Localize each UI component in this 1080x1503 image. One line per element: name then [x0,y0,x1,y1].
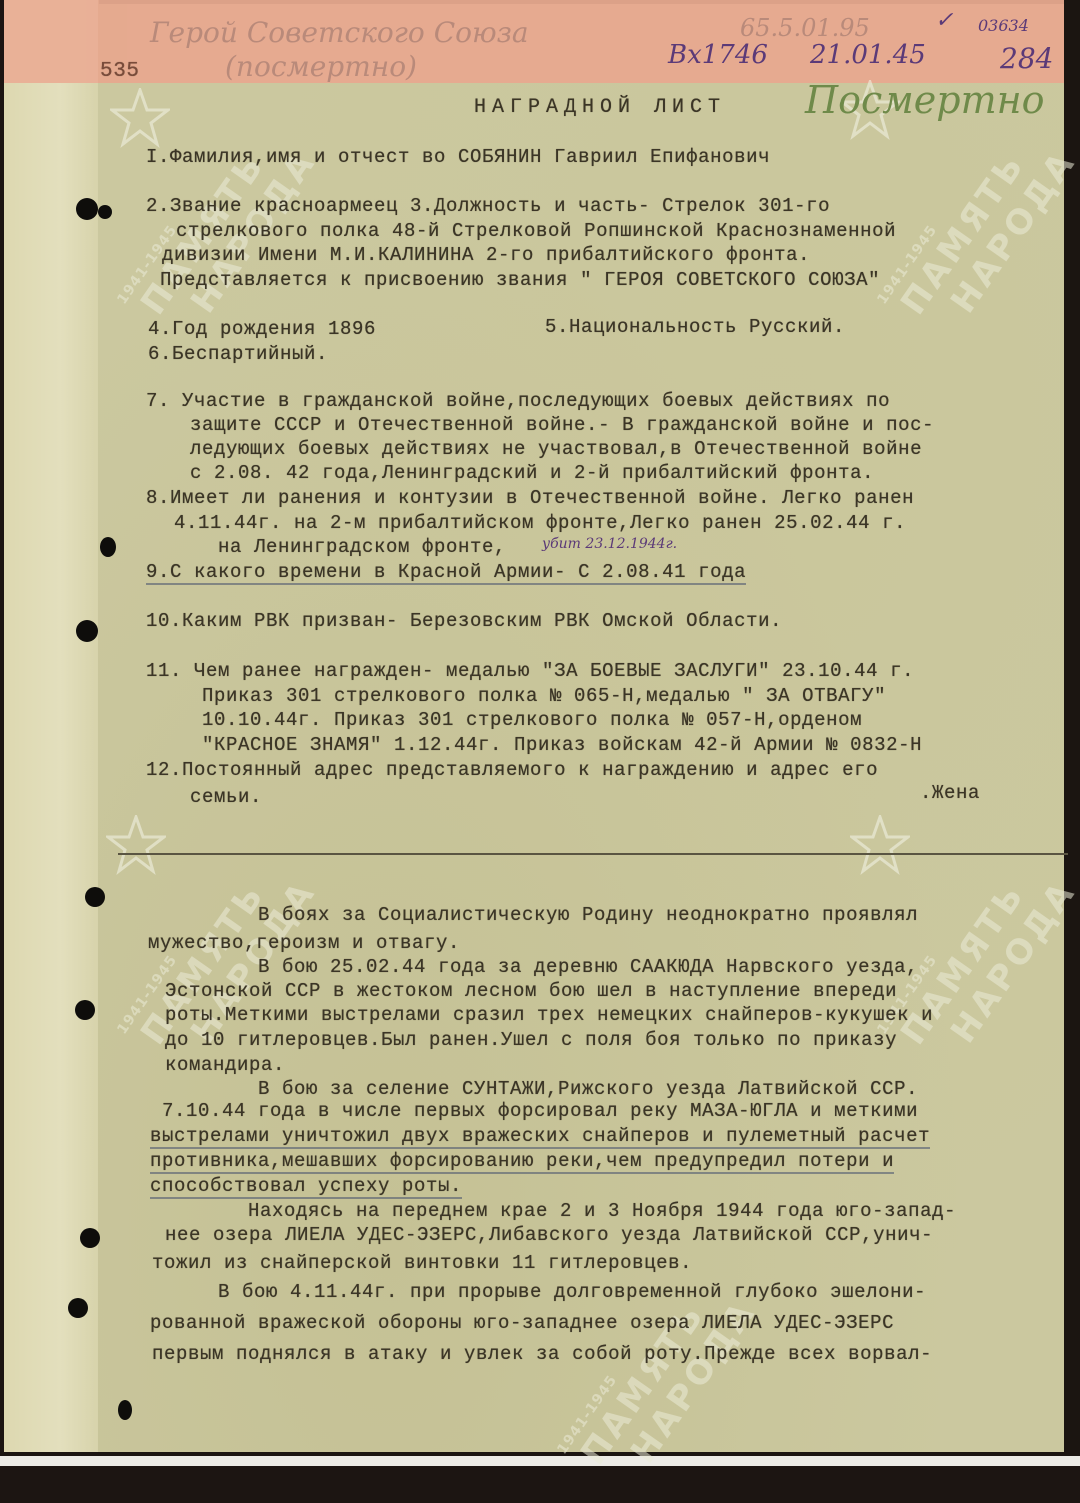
incoming-reference: Вх1746 [668,40,768,70]
field-2-rank-position: 2.Звание красноармеец 3.Должность и част… [146,195,830,217]
punch-hole [80,1228,100,1248]
field-2-rank-position: стрелкового полка 48-й Стрелковой Ропшин… [176,220,896,242]
killed-date-handwritten: убит 23.12.1944г. [542,536,677,552]
narrative-line: противника,мешавших форсированию реки,че… [150,1150,894,1174]
field-7-participation: с 2.08. 42 года,Ленинградский и 2-й приб… [190,462,874,484]
field-4-birth-year: 4.Год рождения 1896 [148,318,376,340]
punch-hole [85,887,105,907]
narrative-line: способствовал успеху роты. [150,1175,462,1199]
field-11-previous-awards: 11. Чем ранее награжден- медалью "ЗА БОЕ… [146,660,914,682]
scan-edge-bottom [0,1452,1080,1462]
pencil-note-posthumous: (посмертно) [225,50,417,83]
narrative-line: В бою 25.02.44 года за деревню СААКЮДА Н… [258,956,918,978]
section-divider [118,853,1068,855]
document-scan: 1941-1945 ПАМЯТЬ НАРОДА 1941-1945 ПАМЯТЬ… [0,0,1080,1462]
punch-hole [75,1000,95,1020]
punch-hole [118,1400,132,1420]
field-5-nationality: 5.Национальность Русский. [545,316,845,338]
punch-hole [68,1298,88,1318]
field-1-name: I.Фамилия,имя и отчест во СОБЯНИН Гаврии… [146,146,770,168]
narrative-line: тожил из снайперской винтовки 11 гитлеро… [152,1252,692,1274]
award-request: Представляется к присвоению звания " ГЕР… [160,269,880,291]
narrative-line: до 10 гитлеровцев.Был ранен.Ушел с поля … [165,1029,897,1051]
narrative-line: нее озера ЛИЕЛА УДЕС-ЭЗЕРС,Либавского уе… [165,1224,933,1246]
punch-hole [76,620,98,642]
field-11-previous-awards: 10.10.44г. Приказ 301 стрелкового полка … [202,709,862,731]
field-12-address: семьи. [190,786,262,808]
narrative-line: Эстонской ССР в жестоком лесном бою шел … [165,980,897,1002]
narrative-line: выстрелами уничтожил двух вражеских снай… [150,1125,930,1149]
field-8-wounds: на Ленинградском фронте, [218,536,506,558]
narrative-line: В бою за селение СУНТАЖИ,Рижского уезда … [258,1078,918,1100]
pencil-note-hero: Герой Советского Союза [150,16,529,49]
field-12-address: 12.Постоянный адрес представляемого к на… [146,759,878,781]
field-12-family: .Жена [920,782,980,804]
punch-hole [98,205,112,219]
narrative-line: рованной вражеской обороны юго-западнее … [150,1312,894,1334]
narrative-line: В боях за Социалистическую Родину неодно… [258,904,918,926]
narrative-line: роты.Меткими выстрелами сразил трех неме… [165,1004,933,1026]
punch-hole [76,198,98,220]
document-code: 03634 [978,16,1029,35]
field-6-party: 6.Беспартийный. [148,343,328,365]
document-title: НАГРАДНОЙ ЛИСТ [474,96,726,119]
narrative-line: В бою 4.11.44г. при прорыве долговременн… [218,1281,926,1303]
narrative-line: командира. [165,1054,285,1076]
field-10-draft-office: 10.Каким РВК призван- Березовским РВК Ом… [146,610,782,632]
posthumous-stamp: Посмертно [805,78,1045,122]
field-11-previous-awards: "КРАСНОЕ ЗНАМЯ" 1.12.44г. Приказ войскам… [202,734,922,756]
field-7-participation: ледующих боевых действиях не участвовал,… [190,438,922,460]
page-number: 284 [1000,42,1053,75]
field-2-rank-position: дивизии Имени М.И.КАЛИНИНА 2-го прибалти… [162,244,810,266]
narrative-line: 7.10.44 года в числе первых форсировал р… [162,1100,918,1122]
incoming-date: 21.01.45 [810,40,926,70]
field-9-service-start: 9.С какого времени в Красной Армии- С 2.… [146,561,746,585]
field-11-previous-awards: Приказ 301 стрелкового полка № 065-Н,мед… [202,685,886,707]
sheet-number: 535 [100,60,140,83]
narrative-line: первым поднялся в атаку и увлек за собой… [152,1343,932,1365]
scan-edge-right [1064,0,1080,1462]
narrative-line: мужество,героизм и отвагу. [148,932,460,954]
field-8-wounds: 4.11.44г. на 2-м прибалтийском фронте,Ле… [174,512,906,534]
field-8-wounds: 8.Имеет ли ранения и контузии в Отечеств… [146,487,914,509]
field-7-participation: защите СССР и Отечественной войне.- В гр… [190,414,934,436]
archive-number: 65.5.01.95 [740,14,870,42]
field-7-participation: 7. Участие в гражданской войне,последующ… [146,390,890,412]
narrative-line: Находясь на переднем крае 2 и 3 Ноября 1… [248,1200,956,1222]
punch-hole [100,537,116,557]
checkmark: ✓ [935,8,953,33]
